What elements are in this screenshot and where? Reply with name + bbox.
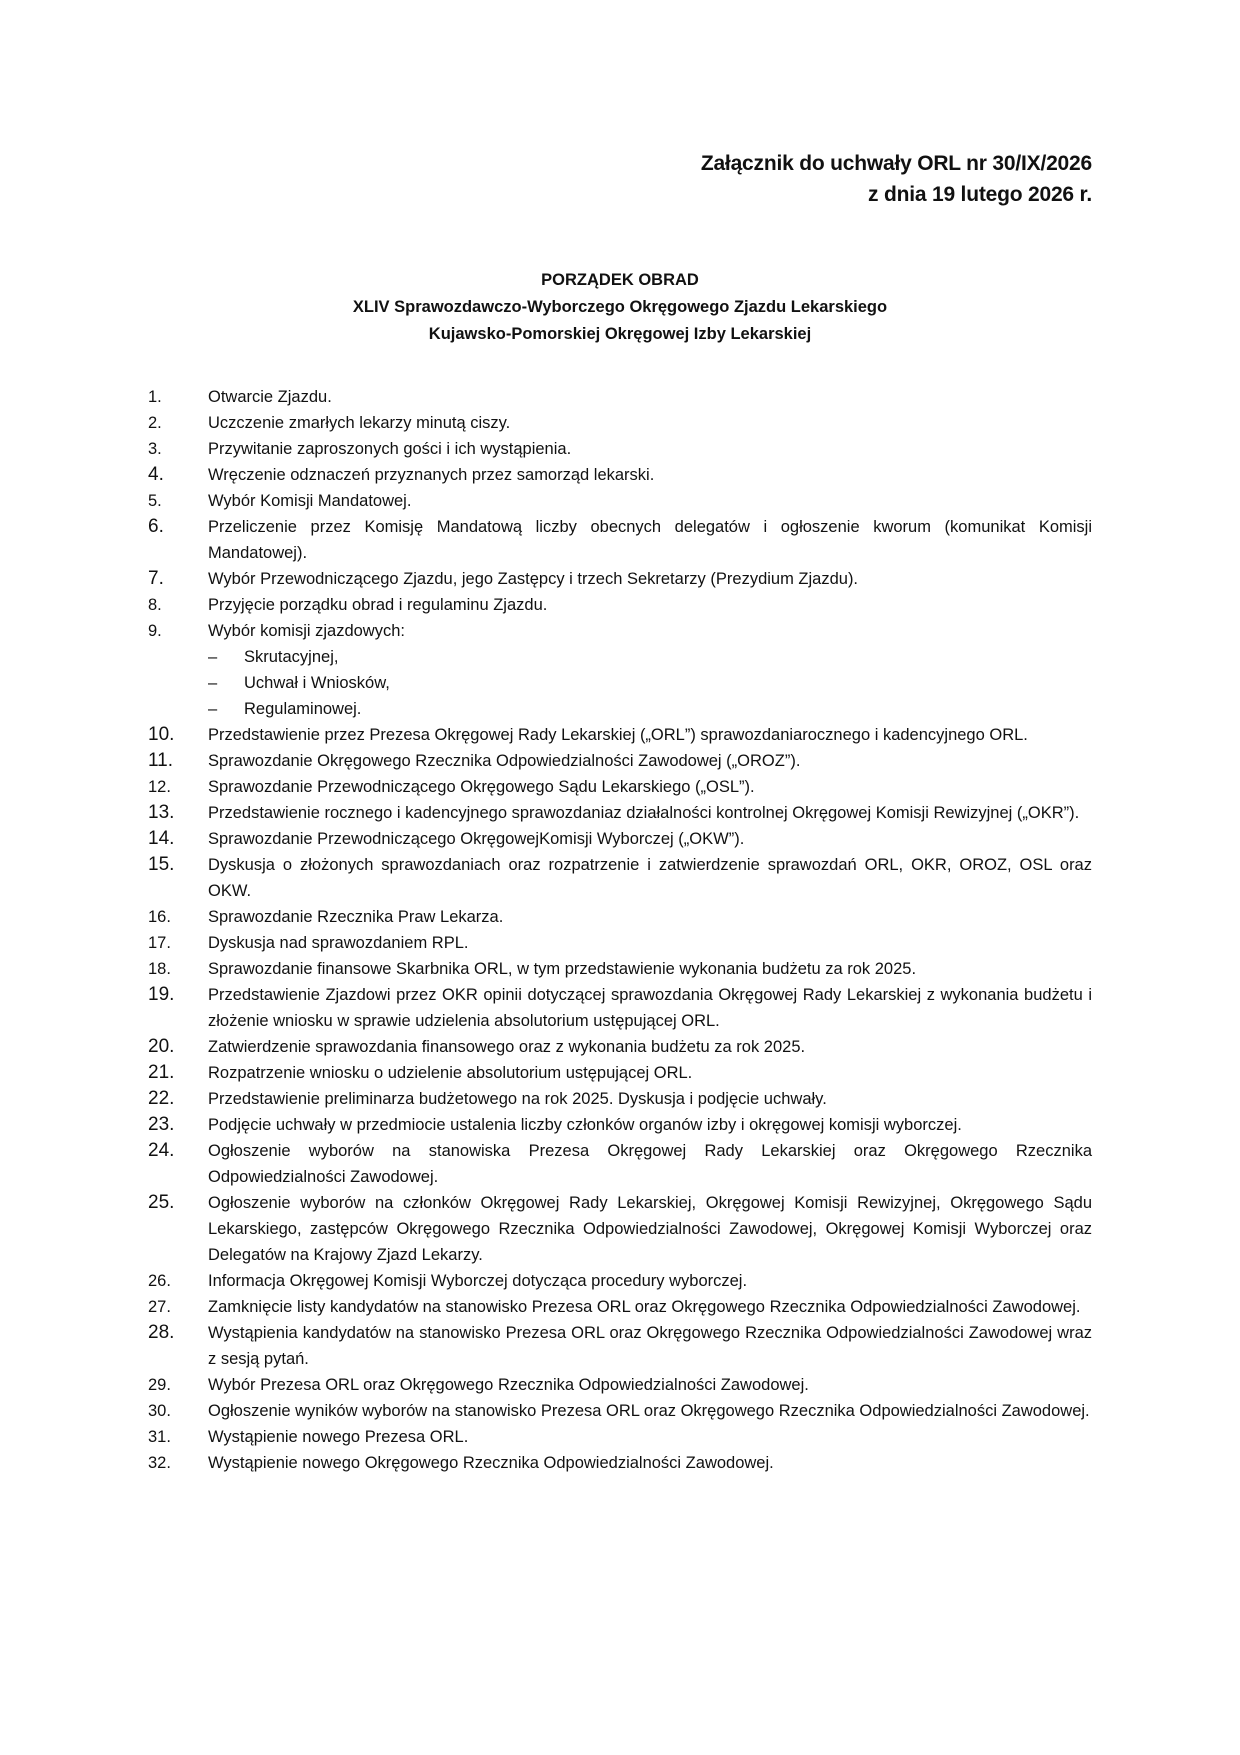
agenda-item: 5.Wybór Komisji Mandatowej. bbox=[148, 488, 1092, 514]
agenda-item-number: 30. bbox=[148, 1398, 198, 1424]
document-title: PORZĄDEK OBRAD XLIV Sprawozdawczo-Wyborc… bbox=[0, 267, 1240, 348]
agenda-item-text: Sprawozdanie Okręgowego Rzecznika Odpowi… bbox=[208, 748, 1092, 774]
agenda-item-number: 21. bbox=[148, 1060, 198, 1086]
agenda-item-text: Wręczenie odznaczeń przyznanych przez sa… bbox=[208, 462, 1092, 488]
agenda-item-text: Ogłoszenie wyborów na członków Okręgowej… bbox=[208, 1190, 1092, 1268]
agenda-item: 8.Przyjęcie porządku obrad i regulaminu … bbox=[148, 592, 1092, 618]
agenda-item-text: Wystąpienia kandydatów na stanowisko Pre… bbox=[208, 1320, 1092, 1372]
agenda-item-text: Ogłoszenie wyników wyborów na stanowisko… bbox=[208, 1398, 1092, 1424]
agenda-item-number: 13. bbox=[148, 800, 198, 826]
agenda-item-number: 23. bbox=[148, 1112, 198, 1138]
attachment-date: z dnia 19 lutego 2026 r. bbox=[701, 179, 1092, 210]
agenda-item-text: Przedstawienie rocznego i kadencyjnego s… bbox=[208, 800, 1092, 826]
agenda-item-text: Otwarcie Zjazdu. bbox=[208, 384, 1092, 410]
agenda-item-text: Wybór Przewodniczącego Zjazdu, jego Zast… bbox=[208, 566, 1092, 592]
dash-bullet-icon: – bbox=[208, 670, 217, 696]
agenda-item: 7.Wybór Przewodniczącego Zjazdu, jego Za… bbox=[148, 566, 1092, 592]
agenda-item-number: 17. bbox=[148, 930, 198, 956]
agenda-subitem-text: Skrutacyjnej, bbox=[244, 648, 338, 666]
agenda-item-text: Przyjęcie porządku obrad i regulaminu Zj… bbox=[208, 592, 1092, 618]
agenda-item-text: Uczczenie zmarłych lekarzy minutą ciszy. bbox=[208, 410, 1092, 436]
agenda-item-text: Sprawozdanie finansowe Skarbnika ORL, w … bbox=[208, 956, 1092, 982]
agenda-item: 24.Ogłoszenie wyborów na stanowiska Prez… bbox=[148, 1138, 1092, 1190]
agenda-item-text: Przedstawienie przez Prezesa Okręgowej R… bbox=[208, 722, 1092, 748]
agenda-item-number: 18. bbox=[148, 956, 198, 982]
dash-bullet-icon: – bbox=[208, 696, 217, 722]
agenda-item-number: 20. bbox=[148, 1034, 198, 1060]
dash-bullet-icon: – bbox=[208, 644, 217, 670]
agenda-item: 4.Wręczenie odznaczeń przyznanych przez … bbox=[148, 462, 1092, 488]
agenda-item: 10.Przedstawienie przez Prezesa Okręgowe… bbox=[148, 722, 1092, 748]
agenda-item-text: Wystąpienie nowego Okręgowego Rzecznika … bbox=[208, 1450, 1092, 1476]
title-chamber-name: Kujawsko-Pomorskiej Okręgowej Izby Lekar… bbox=[0, 321, 1240, 348]
agenda-item-number: 19. bbox=[148, 982, 198, 1008]
agenda-item-number: 4. bbox=[148, 462, 198, 488]
agenda-item: 17.Dyskusja nad sprawozdaniem RPL. bbox=[148, 930, 1092, 956]
agenda-item: 22.Przedstawienie preliminarza budżetowe… bbox=[148, 1086, 1092, 1112]
agenda-item-text: Rozpatrzenie wniosku o udzielenie absolu… bbox=[208, 1060, 1092, 1086]
title-congress-name: XLIV Sprawozdawczo-Wyborczego Okręgowego… bbox=[0, 294, 1240, 321]
agenda-item-text: Przedstawienie Zjazdowi przez OKR opinii… bbox=[208, 982, 1092, 1034]
agenda-item-number: 14. bbox=[148, 826, 198, 852]
agenda-item-number: 24. bbox=[148, 1138, 198, 1164]
agenda-subitem-text: Uchwał i Wniosków, bbox=[244, 674, 390, 692]
agenda-item: 16.Sprawozdanie Rzecznika Praw Lekarza. bbox=[148, 904, 1092, 930]
agenda-item-text: Dyskusja o złożonych sprawozdaniach oraz… bbox=[208, 852, 1092, 904]
agenda-item-text: Wybór Prezesa ORL oraz Okręgowego Rzeczn… bbox=[208, 1372, 1092, 1398]
agenda-item-text: Przywitanie zaproszonych gości i ich wys… bbox=[208, 436, 1092, 462]
agenda-item-number: 16. bbox=[148, 904, 198, 930]
agenda-item: 3.Przywitanie zaproszonych gości i ich w… bbox=[148, 436, 1092, 462]
agenda-item-number: 11. bbox=[148, 748, 198, 774]
document-page: Załącznik do uchwały ORL nr 30/IX/2026 z… bbox=[0, 0, 1240, 1755]
agenda-subitem: –Uchwał i Wniosków, bbox=[148, 670, 1092, 696]
agenda-item: 14.Sprawozdanie Przewodniczącego Okręgow… bbox=[148, 826, 1092, 852]
agenda-item-number: 31. bbox=[148, 1424, 198, 1450]
agenda-item: 13.Przedstawienie rocznego i kadencyjneg… bbox=[148, 800, 1092, 826]
agenda-item-text: Sprawozdanie Przewodniczącego OkręgowejK… bbox=[208, 826, 1092, 852]
agenda-item-number: 22. bbox=[148, 1086, 198, 1112]
attachment-resolution-number: Załącznik do uchwały ORL nr 30/IX/2026 bbox=[701, 148, 1092, 179]
agenda-item: 18.Sprawozdanie finansowe Skarbnika ORL,… bbox=[148, 956, 1092, 982]
agenda-item-number: 3. bbox=[148, 436, 198, 462]
agenda-item: 29.Wybór Prezesa ORL oraz Okręgowego Rze… bbox=[148, 1372, 1092, 1398]
agenda-item: 25.Ogłoszenie wyborów na członków Okręgo… bbox=[148, 1190, 1092, 1268]
attachment-header: Załącznik do uchwały ORL nr 30/IX/2026 z… bbox=[701, 148, 1092, 210]
agenda-item: 30.Ogłoszenie wyników wyborów na stanowi… bbox=[148, 1398, 1092, 1424]
agenda-item-text: Wystąpienie nowego Prezesa ORL. bbox=[208, 1424, 1092, 1450]
agenda-item: 20.Zatwierdzenie sprawozdania finansoweg… bbox=[148, 1034, 1092, 1060]
agenda-item-number: 1. bbox=[148, 384, 198, 410]
agenda-item-number: 6. bbox=[148, 514, 198, 540]
agenda-item: 2.Uczczenie zmarłych lekarzy minutą cisz… bbox=[148, 410, 1092, 436]
agenda-subitem-text: Regulaminowej. bbox=[244, 700, 361, 718]
agenda-item: 15.Dyskusja o złożonych sprawozdaniach o… bbox=[148, 852, 1092, 904]
agenda-item: 26.Informacja Okręgowej Komisji Wyborcze… bbox=[148, 1268, 1092, 1294]
agenda-item-number: 12. bbox=[148, 774, 198, 800]
agenda-item: 23.Podjęcie uchwały w przedmiocie ustale… bbox=[148, 1112, 1092, 1138]
agenda-item-number: 25. bbox=[148, 1190, 198, 1216]
agenda-item-text: Ogłoszenie wyborów na stanowiska Prezesa… bbox=[208, 1138, 1092, 1190]
agenda-item-number: 32. bbox=[148, 1450, 198, 1476]
title-agenda-heading: PORZĄDEK OBRAD bbox=[0, 267, 1240, 294]
agenda-item-text: Wybór Komisji Mandatowej. bbox=[208, 488, 1092, 514]
agenda-item-text: Przedstawienie preliminarza budżetowego … bbox=[208, 1086, 1092, 1112]
agenda-item-number: 8. bbox=[148, 592, 198, 618]
agenda-item-text: Zamknięcie listy kandydatów na stanowisk… bbox=[208, 1294, 1092, 1320]
agenda-item-number: 26. bbox=[148, 1268, 198, 1294]
agenda-item: 27.Zamknięcie listy kandydatów na stanow… bbox=[148, 1294, 1092, 1320]
agenda-item-text: Wybór komisji zjazdowych: bbox=[208, 618, 1092, 644]
agenda-item-number: 2. bbox=[148, 410, 198, 436]
agenda-item-number: 28. bbox=[148, 1320, 198, 1346]
agenda-item: 9.Wybór komisji zjazdowych: bbox=[148, 618, 1092, 644]
agenda-item: 19.Przedstawienie Zjazdowi przez OKR opi… bbox=[148, 982, 1092, 1034]
agenda-item: 1.Otwarcie Zjazdu. bbox=[148, 384, 1092, 410]
agenda-item-number: 7. bbox=[148, 566, 198, 592]
agenda-item: 12.Sprawozdanie Przewodniczącego Okręgow… bbox=[148, 774, 1092, 800]
agenda-item-number: 9. bbox=[148, 618, 198, 644]
agenda-item: 6.Przeliczenie przez Komisję Mandatową l… bbox=[148, 514, 1092, 566]
agenda-list: 1.Otwarcie Zjazdu.2.Uczczenie zmarłych l… bbox=[148, 384, 1092, 1476]
agenda-item-text: Przeliczenie przez Komisję Mandatową lic… bbox=[208, 514, 1092, 566]
agenda-item-number: 27. bbox=[148, 1294, 198, 1320]
agenda-item-number: 5. bbox=[148, 488, 198, 514]
agenda-item: 31.Wystąpienie nowego Prezesa ORL. bbox=[148, 1424, 1092, 1450]
agenda-item-text: Dyskusja nad sprawozdaniem RPL. bbox=[208, 930, 1092, 956]
agenda-item-text: Zatwierdzenie sprawozdania finansowego o… bbox=[208, 1034, 1092, 1060]
agenda-subitem: –Regulaminowej. bbox=[148, 696, 1092, 722]
agenda-subitem: –Skrutacyjnej, bbox=[148, 644, 1092, 670]
agenda-item-text: Sprawozdanie Przewodniczącego Okręgowego… bbox=[208, 774, 1092, 800]
agenda-item-text: Sprawozdanie Rzecznika Praw Lekarza. bbox=[208, 904, 1092, 930]
agenda-item: 32.Wystąpienie nowego Okręgowego Rzeczni… bbox=[148, 1450, 1092, 1476]
agenda-item-number: 29. bbox=[148, 1372, 198, 1398]
agenda-item-text: Podjęcie uchwały w przedmiocie ustalenia… bbox=[208, 1112, 1092, 1138]
agenda-item: 28.Wystąpienia kandydatów na stanowisko … bbox=[148, 1320, 1092, 1372]
agenda-item-text: Informacja Okręgowej Komisji Wyborczej d… bbox=[208, 1268, 1092, 1294]
agenda-item-number: 15. bbox=[148, 852, 198, 878]
agenda-item: 11.Sprawozdanie Okręgowego Rzecznika Odp… bbox=[148, 748, 1092, 774]
agenda-item: 21.Rozpatrzenie wniosku o udzielenie abs… bbox=[148, 1060, 1092, 1086]
agenda-item-number: 10. bbox=[148, 722, 198, 748]
